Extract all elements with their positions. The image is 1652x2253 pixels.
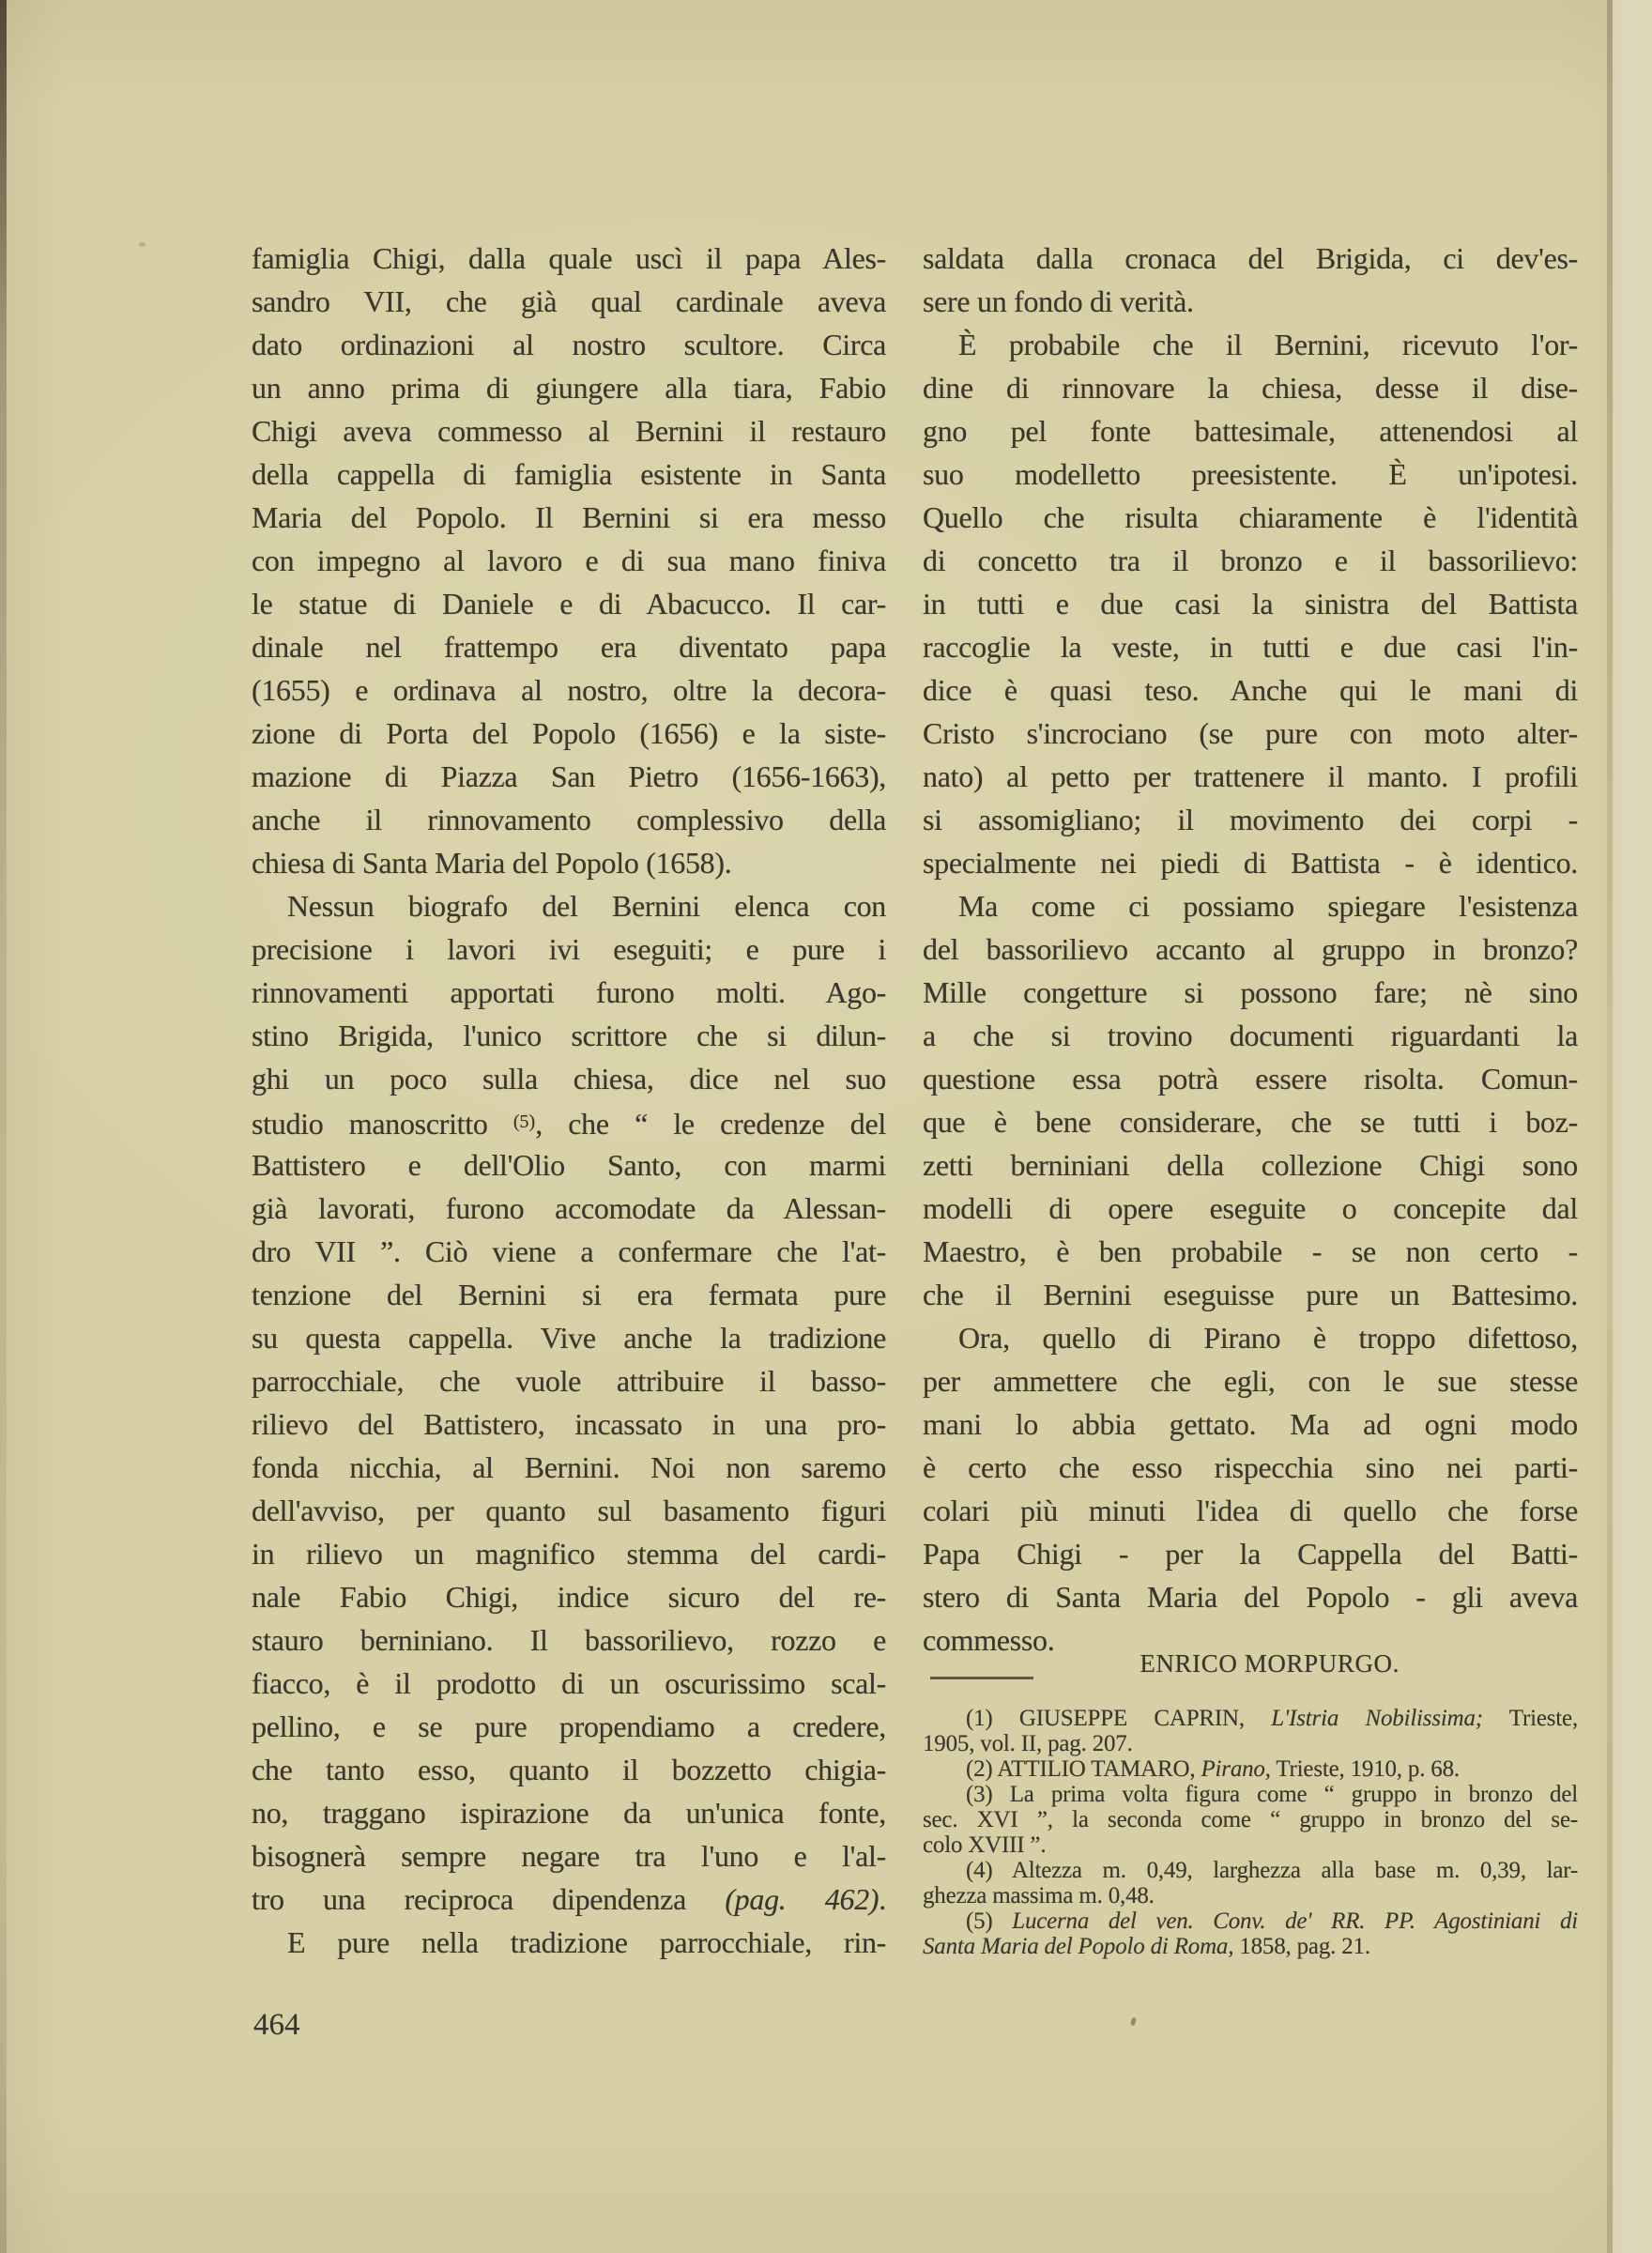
footnote-line: (2) ATTILIO TAMARO, Pirano, Trieste, 191…: [923, 1756, 1578, 1782]
text-line: specialmente nei piedi di Battista - è i…: [923, 841, 1578, 884]
text-run: Quello che risulta chiaramente è l'ident…: [923, 500, 1578, 534]
text-line: studio manoscritto (5), che “ le credenz…: [252, 1100, 886, 1143]
text-run: con impegno al lavoro e di sua mano fini…: [252, 544, 886, 577]
text-run: dine di rinnovare la chiesa, desse il di…: [923, 371, 1578, 405]
right-column: saldata dalla cronaca del Brigida, ci de…: [923, 237, 1578, 1959]
text-run: Papa Chigi - per la Cappella del Batti-: [923, 1537, 1578, 1571]
text-run: nale Fabio Chigi, indice sicuro del re-: [252, 1580, 886, 1614]
paper-speck: [139, 242, 145, 247]
text-line: parrocchiale, che vuole attribuire il ba…: [252, 1359, 886, 1402]
text-line: Cristo s'incrociano (se pure con moto al…: [923, 712, 1578, 755]
italic-run: (pag. 462): [725, 1882, 879, 1916]
text-run: , che “ le credenze del: [535, 1107, 886, 1141]
text-line: fiacco, è il prodotto di un oscurissimo …: [252, 1662, 886, 1705]
text-run: (3) La prima volta figura come “ gruppo …: [966, 1782, 1578, 1807]
footnote-line: ghezza massima m. 0,48.: [923, 1883, 1578, 1908]
text-line: è certo che esso rispecchia sino nei par…: [923, 1446, 1578, 1489]
text-line: anche il rinnovamento complessivo della: [252, 798, 886, 841]
text-run: Cristo s'incrociano (se pure con moto al…: [923, 716, 1578, 750]
text-run: gno pel fonte battesimale, attenendosi a…: [923, 414, 1578, 448]
text-run: che tanto esso, quanto il bozzetto chigi…: [252, 1753, 886, 1786]
text-line: mani lo abbia gettato. Ma ad ogni modo: [923, 1402, 1578, 1446]
text-line: zione di Porta del Popolo (1656) e la si…: [252, 712, 886, 755]
text-run: anche il rinnovamento complessivo della: [252, 803, 886, 836]
text-run: a che si trovino documenti riguardanti l…: [923, 1019, 1578, 1052]
text-run: (2) ATTILIO TAMARO,: [966, 1756, 1201, 1782]
text-run: questione essa potrà essere risolta. Com…: [923, 1062, 1578, 1096]
text-line: Ora, quello di Pirano è troppo difettoso…: [923, 1316, 1578, 1359]
text-run: chiesa di Santa Maria del Popolo (1658).: [252, 846, 731, 880]
text-line: si assomigliano; il movimento dei corpi …: [923, 798, 1578, 841]
text-run: si assomigliano; il movimento dei corpi …: [923, 803, 1578, 836]
footnote-line: sec. XVI ”, la seconda come “ gruppo in …: [923, 1807, 1578, 1832]
text-line: un anno prima di giungere alla tiara, Fa…: [252, 366, 886, 409]
text-line: rilievo del Battistero, incassato in una…: [252, 1402, 886, 1446]
text-run: Ora, quello di Pirano è troppo difettoso…: [958, 1321, 1578, 1355]
text-run: famiglia Chigi, dalla quale uscì il papa…: [252, 241, 886, 275]
text-line: dro VII ”. Ciò viene a confermare che l'…: [252, 1230, 886, 1273]
text-line: saldata dalla cronaca del Brigida, ci de…: [923, 237, 1578, 280]
text-run: ghi un poco sulla chiesa, dice nel suo: [252, 1062, 886, 1096]
text-line: questione essa potrà essere risolta. Com…: [923, 1057, 1578, 1100]
text-run: ghezza massima m. 0,48.: [923, 1883, 1155, 1908]
text-line: Ma come ci possiamo spiegare l'esistenza: [923, 884, 1578, 927]
text-run: 1905, vol. II, pag. 207.: [923, 1731, 1133, 1756]
text-run: stino Brigida, l'unico scrittore che si …: [252, 1019, 886, 1052]
text-run: (4) Altezza m. 0,49, larghezza alla base…: [966, 1858, 1578, 1883]
text-line: sere un fondo di verità.: [923, 280, 1578, 323]
text-line: che il Bernini eseguisse pure un Battesi…: [923, 1273, 1578, 1316]
text-line: Mille congetture si possono fare; nè sin…: [923, 971, 1578, 1014]
text-run: rilievo del Battistero, incassato in una…: [252, 1407, 886, 1441]
italic-run: Pirano,: [1201, 1756, 1270, 1782]
text-run: per ammettere che egli, con le sue stess…: [923, 1364, 1578, 1398]
text-line: no, traggano ispirazione da un'unica fon…: [252, 1791, 886, 1834]
text-line: Nessun biografo del Bernini elenca con: [252, 884, 886, 927]
text-run: Trieste, 1910, p. 68.: [1271, 1756, 1460, 1782]
text-run: su questa cappella. Vive anche la tradiz…: [252, 1321, 886, 1355]
text-line: stauro berniniano. Il bassorilievo, rozz…: [252, 1618, 886, 1662]
text-run: Chigi aveva commesso al Bernini il resta…: [252, 414, 886, 448]
text-line: dinale nel frattempo era diventato papa: [252, 625, 886, 668]
text-run: mani lo abbia gettato. Ma ad ogni modo: [923, 1407, 1578, 1441]
text-line: ghi un poco sulla chiesa, dice nel suo: [252, 1057, 886, 1100]
footnotes: (1) GIUSEPPE CAPRIN, L'Istria Nobilissim…: [923, 1706, 1578, 1959]
text-line: di concetto tra il bronzo e il bassorili…: [923, 539, 1578, 582]
text-run: le statue di Daniele e di Abacucco. Il c…: [252, 587, 886, 621]
footnote-line: (1) GIUSEPPE CAPRIN, L'Istria Nobilissim…: [923, 1706, 1578, 1731]
text-line: in rilievo un magnifico stemma del cardi…: [252, 1532, 886, 1575]
text-line: a che si trovino documenti riguardanti l…: [923, 1014, 1578, 1057]
text-run: in rilievo un magnifico stemma del cardi…: [252, 1537, 886, 1571]
text-line: nale Fabio Chigi, indice sicuro del re-: [252, 1575, 886, 1618]
page-edge-strip: [1613, 0, 1652, 2253]
text-run: precisione i lavori ivi eseguiti; e pure…: [252, 932, 886, 966]
text-run: suo modelletto preesistente. È un'ipotes…: [923, 457, 1578, 491]
footnote-reference-superscript: (5): [513, 1111, 535, 1132]
text-run: Maestro, è ben probabile - se non certo …: [923, 1234, 1578, 1268]
text-run: fonda nicchia, al Bernini. Noi non sarem…: [252, 1450, 886, 1484]
text-line: del bassorilievo accanto al gruppo in br…: [923, 927, 1578, 971]
text-run: (1) GIUSEPPE CAPRIN,: [966, 1706, 1271, 1731]
text-run: Maria del Popolo. Il Bernini si era mess…: [252, 500, 886, 534]
text-run: tro una reciproca dipendenza: [252, 1882, 725, 1916]
italic-run: Santa Maria del Popolo di Roma,: [923, 1934, 1233, 1959]
text-line: stero di Santa Maria del Popolo - gli av…: [923, 1575, 1578, 1618]
text-run: rinnovamenti apportati furono molti. Ago…: [252, 975, 886, 1009]
text-run: saldata dalla cronaca del Brigida, ci de…: [923, 241, 1578, 275]
text-run: già lavorati, furono accomodate da Aless…: [252, 1191, 886, 1225]
text-line: su questa cappella. Vive anche la tradiz…: [252, 1316, 886, 1359]
text-run: fiacco, è il prodotto di un oscurissimo …: [252, 1666, 886, 1700]
text-run: bisognerà sempre negare tra l'uno e l'al…: [252, 1839, 886, 1873]
text-line: nato) al petto per trattenere il manto. …: [923, 755, 1578, 798]
text-run: E pure nella tradizione parrocchiale, ri…: [287, 1925, 886, 1959]
text-run: .: [879, 1882, 886, 1916]
text-line: chiesa di Santa Maria del Popolo (1658).: [252, 841, 886, 884]
text-run: sandro VII, che già qual cardinale aveva: [252, 284, 886, 318]
text-line: Maestro, è ben probabile - se non certo …: [923, 1230, 1578, 1273]
footnote-separator-rule: [930, 1677, 1033, 1679]
italic-run: L'Istria Nobilissima;: [1271, 1706, 1483, 1731]
text-run: stauro berniniano. Il bassorilievo, rozz…: [252, 1623, 886, 1657]
text-line: E pure nella tradizione parrocchiale, ri…: [252, 1921, 886, 1964]
text-line: gno pel fonte battesimale, attenendosi a…: [923, 409, 1578, 452]
text-run: zetti berniniani della collezione Chigi …: [923, 1148, 1578, 1182]
text-run: que è bene considerare, che se tutti i b…: [923, 1105, 1578, 1139]
text-line: Maria del Popolo. Il Bernini si era mess…: [252, 496, 886, 539]
text-run: che il Bernini eseguisse pure un Battesi…: [923, 1278, 1578, 1311]
text-run: commesso.: [923, 1623, 1054, 1657]
text-line: in tutti e due casi la sinistra del Batt…: [923, 582, 1578, 625]
text-line: Battistero e dell'Olio Santo, con marmi: [252, 1143, 886, 1187]
text-run: 1858, pag. 21.: [1233, 1934, 1370, 1959]
text-line: modelli di opere eseguite o concepite da…: [923, 1187, 1578, 1230]
text-run: Ma come ci possiamo spiegare l'esistenza: [958, 889, 1578, 923]
text-run: di concetto tra il bronzo e il bassorili…: [923, 544, 1578, 577]
text-run: colari più minuti l'idea di quello che f…: [923, 1494, 1578, 1527]
text-line: tenzione del Bernini si era fermata pure: [252, 1273, 886, 1316]
text-run: tenzione del Bernini si era fermata pure: [252, 1278, 886, 1311]
left-column: famiglia Chigi, dalla quale uscì il papa…: [252, 237, 886, 1964]
text-run: parrocchiale, che vuole attribuire il ba…: [252, 1364, 886, 1398]
text-run: raccoglie la veste, in tutti e due casi …: [923, 630, 1578, 664]
text-run: un anno prima di giungere alla tiara, Fa…: [252, 371, 886, 405]
text-run: studio manoscritto: [252, 1107, 513, 1141]
text-run: zione di Porta del Popolo (1656) e la si…: [252, 716, 886, 750]
right-column-lines: saldata dalla cronaca del Brigida, ci de…: [923, 237, 1578, 1662]
text-line: mazione di Piazza San Pietro (1656-1663)…: [252, 755, 886, 798]
footnote-line: (4) Altezza m. 0,49, larghezza alla base…: [923, 1858, 1578, 1883]
text-line: Quello che risulta chiaramente è l'ident…: [923, 496, 1578, 539]
text-line: dell'avviso, per quanto sul basamento fi…: [252, 1489, 886, 1532]
text-run: della cappella di famiglia esistente in …: [252, 457, 886, 491]
text-line: tro una reciproca dipendenza (pag. 462).: [252, 1877, 886, 1921]
text-line: con impegno al lavoro e di sua mano fini…: [252, 539, 886, 582]
text-run: È probabile che il Bernini, ricevuto l'o…: [958, 328, 1578, 361]
text-run: in tutti e due casi la sinistra del Batt…: [923, 587, 1578, 621]
text-line: stino Brigida, l'unico scrittore che si …: [252, 1014, 886, 1057]
text-line: È probabile che il Bernini, ricevuto l'o…: [923, 323, 1578, 366]
text-line: fonda nicchia, al Bernini. Noi non sarem…: [252, 1446, 886, 1489]
text-line: precisione i lavori ivi eseguiti; e pure…: [252, 927, 886, 971]
text-run: no, traggano ispirazione da un'unica fon…: [252, 1796, 886, 1830]
text-line: che tanto esso, quanto il bozzetto chigi…: [252, 1748, 886, 1791]
text-run: del bassorilievo accanto al gruppo in br…: [923, 932, 1578, 966]
text-run: Trieste,: [1483, 1706, 1578, 1731]
text-line: (1655) e ordinava al nostro, oltre la de…: [252, 668, 886, 712]
text-line: dato ordinazioni al nostro scultore. Cir…: [252, 323, 886, 366]
footnote-line: Santa Maria del Popolo di Roma, 1858, pa…: [923, 1934, 1578, 1959]
paper-speck: [1130, 2017, 1137, 2027]
text-run: specialmente nei piedi di Battista - è i…: [923, 846, 1578, 880]
text-run: (5): [966, 1908, 1012, 1934]
text-line: famiglia Chigi, dalla quale uscì il papa…: [252, 237, 886, 280]
text-line: zetti berniniani della collezione Chigi …: [923, 1143, 1578, 1187]
text-run: mazione di Piazza San Pietro (1656-1663)…: [252, 759, 886, 793]
text-run: Battistero e dell'Olio Santo, con marmi: [252, 1148, 886, 1182]
text-run: dinale nel frattempo era diventato papa: [252, 630, 886, 664]
text-line: rinnovamenti apportati furono molti. Ago…: [252, 971, 886, 1014]
text-run: (1655) e ordinava al nostro, oltre la de…: [252, 673, 886, 707]
text-line: colari più minuti l'idea di quello che f…: [923, 1489, 1578, 1532]
text-line: Chigi aveva commesso al Bernini il resta…: [252, 409, 886, 452]
text-run: dice è quasi teso. Anche qui le mani di: [923, 673, 1578, 707]
text-line: già lavorati, furono accomodate da Aless…: [252, 1187, 886, 1230]
text-line: dine di rinnovare la chiesa, desse il di…: [923, 366, 1578, 409]
text-run: Nessun biografo del Bernini elenca con: [287, 889, 886, 923]
text-line: bisognerà sempre negare tra l'uno e l'al…: [252, 1834, 886, 1877]
italic-run: Lucerna del ven. Conv. de' RR. PP. Agost…: [1012, 1908, 1578, 1934]
text-run: colo XVIII ”.: [923, 1832, 1046, 1858]
text-run: Mille congetture si possono fare; nè sin…: [923, 975, 1578, 1009]
text-run: dro VII ”. Ciò viene a confermare che l'…: [252, 1234, 886, 1268]
text-line: raccoglie la veste, in tutti e due casi …: [923, 625, 1578, 668]
text-run: pellino, e se pure propendiamo a credere…: [252, 1709, 886, 1743]
footnote-line: colo XVIII ”.: [923, 1832, 1578, 1858]
text-run: dell'avviso, per quanto sul basamento fi…: [252, 1494, 886, 1527]
left-column-lines: famiglia Chigi, dalla quale uscì il papa…: [252, 237, 886, 1964]
text-run: sere un fondo di verità.: [923, 284, 1194, 318]
text-run: è certo che esso rispecchia sino nei par…: [923, 1450, 1578, 1484]
text-line: suo modelletto preesistente. È un'ipotes…: [923, 452, 1578, 496]
page-number: 464: [253, 2008, 300, 2042]
text-run: stero di Santa Maria del Popolo - gli av…: [923, 1580, 1578, 1614]
text-line: per ammettere che egli, con le sue stess…: [923, 1359, 1578, 1402]
text-line: pellino, e se pure propendiamo a credere…: [252, 1705, 886, 1748]
text-line: Papa Chigi - per la Cappella del Batti-: [923, 1532, 1578, 1575]
footnote-line: (5) Lucerna del ven. Conv. de' RR. PP. A…: [923, 1908, 1578, 1934]
text-run: nato) al petto per trattenere il manto. …: [923, 759, 1578, 793]
footnote-line: 1905, vol. II, pag. 207.: [923, 1731, 1578, 1756]
text-run: sec. XVI ”, la seconda come “ gruppo in …: [923, 1807, 1578, 1832]
text-line: le statue di Daniele e di Abacucco. Il c…: [252, 582, 886, 625]
text-line: della cappella di famiglia esistente in …: [252, 452, 886, 496]
page-edge-crease: [1607, 0, 1613, 2253]
footnote-line: (3) La prima volta figura come “ gruppo …: [923, 1782, 1578, 1807]
scan-left-edge-shadow: [0, 0, 7, 2253]
text-line: sandro VII, che già qual cardinale aveva: [252, 280, 886, 323]
text-run: modelli di opere eseguite o concepite da…: [923, 1191, 1578, 1225]
text-line: dice è quasi teso. Anche qui le mani di: [923, 668, 1578, 712]
text-run: dato ordinazioni al nostro scultore. Cir…: [252, 328, 886, 361]
text-line: que è bene considerare, che se tutti i b…: [923, 1100, 1578, 1143]
